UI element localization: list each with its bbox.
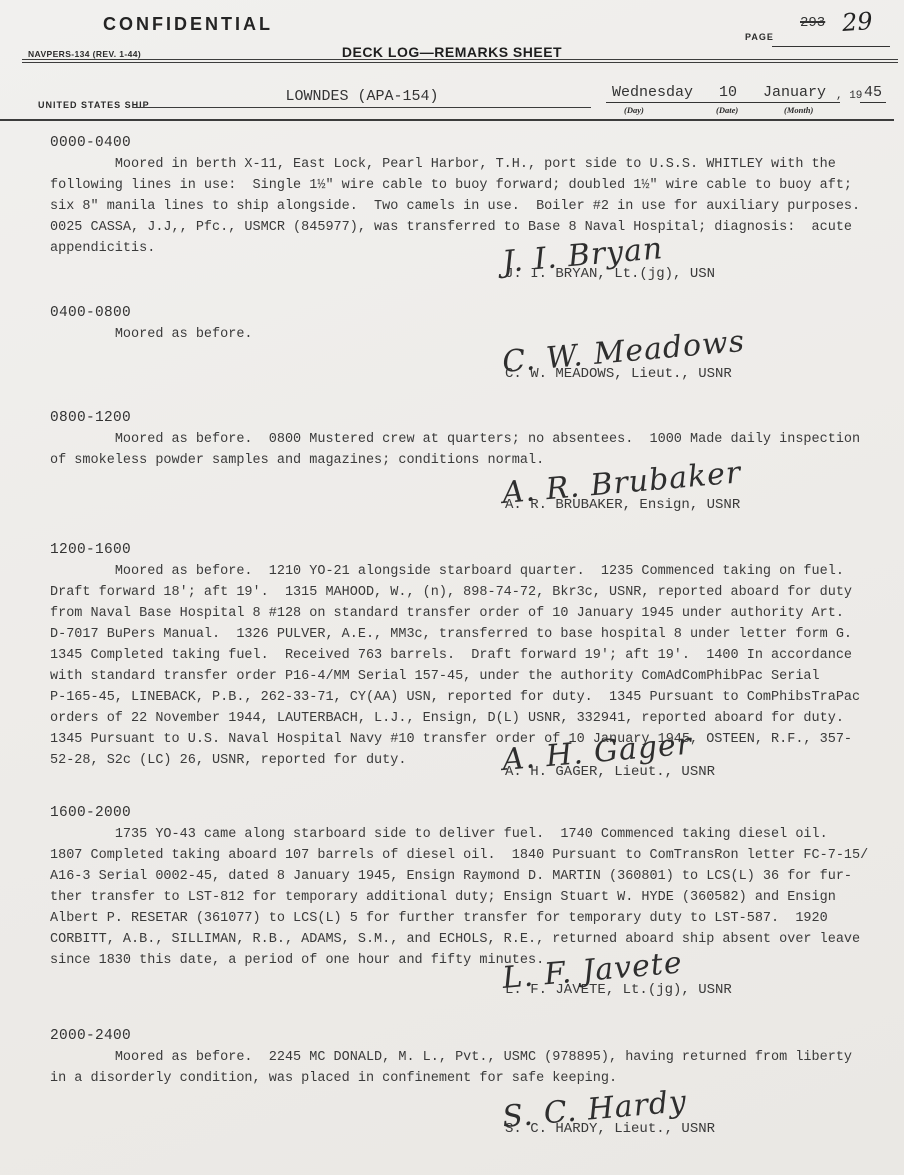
page-label: PAGE (745, 32, 774, 42)
entry-time-range: 2000-2400 (50, 1026, 895, 1047)
day-label: (Day) (624, 105, 644, 115)
signature-block: S. C. Hardy S. C. HARDY, Lieut., USNR (490, 1100, 904, 1137)
header-rule-thick (0, 119, 894, 121)
signature-block: L. F. Javete L. F. JAVETE, Lt.(jg), USNR (490, 961, 904, 998)
signature-block: C. W. Meadows C. W. MEADOWS, Lieut., USN… (490, 345, 904, 382)
log-entry: 2000-2400 Moored as before. 2245 MC DONA… (50, 1026, 895, 1089)
deck-log-page: { "header": { "classification": "CONFIDE… (0, 0, 904, 1175)
entry-time-range: 0800-1200 (50, 408, 895, 429)
date-date: 10 (719, 84, 737, 101)
header-rule-double (22, 59, 898, 63)
form-header: CONFIDENTIAL PAGE 293 29 NAVPERS-134 (RE… (0, 0, 904, 130)
ship-name: LOWNDES (APA-154) (133, 88, 591, 108)
log-entry: 0400-0800 Moored as before. C. W. Meadow… (50, 303, 895, 345)
classification-stamp: CONFIDENTIAL (103, 14, 273, 35)
log-entry: 0800-1200 Moored as before. 0800 Mustere… (50, 408, 895, 471)
document-title: DECK LOG—REMARKS SHEET (0, 44, 904, 60)
log-entry: 0000-0400 Moored in berth X-11, East Loc… (50, 133, 895, 259)
page-number-struck: 293 (800, 15, 825, 31)
signature-block: A. R. Brubaker A. R. BRUBAKER, Ensign, U… (490, 476, 904, 513)
year-value: 45 (860, 84, 886, 103)
signature-block: A. H. Gager A. H. GAGER, Lieut., USNR (490, 743, 904, 780)
date-month: January (763, 84, 826, 101)
year-prefix: , 19 (836, 90, 862, 102)
log-entry: 1600-2000 1735 YO-43 came along starboar… (50, 803, 895, 971)
date-label: (Date) (716, 105, 738, 115)
date-day: Wednesday (612, 84, 693, 101)
entry-time-range: 1200-1600 (50, 540, 895, 561)
signature-block: J. I. Bryan J. I. BRYAN, Lt.(jg), USN (490, 245, 904, 282)
month-label: (Month) (784, 105, 813, 115)
date-main: Wednesday 10 January (606, 84, 840, 103)
log-entry: 1200-1600 Moored as before. 1210 YO-21 a… (50, 540, 895, 771)
page-number-handwritten: 29 (841, 7, 873, 37)
entry-time-range: 0000-0400 (50, 133, 895, 154)
date-block: Wednesday 10 January , 19 45 (Day) (Date… (598, 84, 890, 120)
entry-time-range: 1600-2000 (50, 803, 895, 824)
